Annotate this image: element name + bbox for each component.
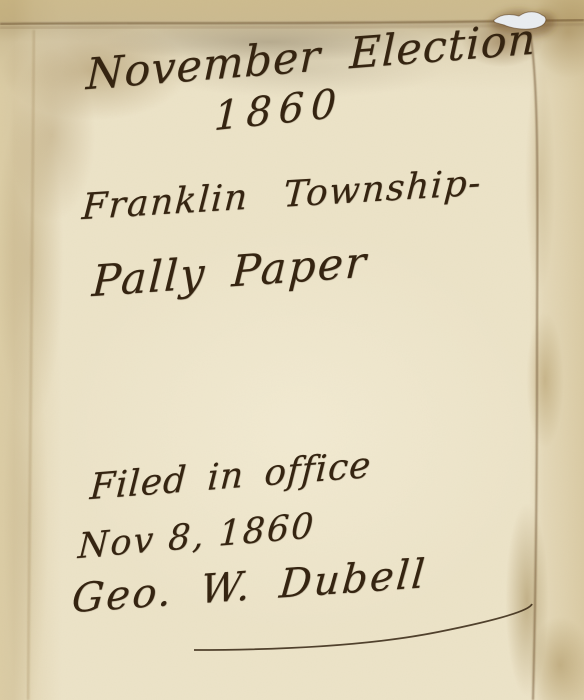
fold-crease-left (28, 30, 34, 700)
handwritten-line-filed-in-office: Filed in office (89, 445, 373, 508)
fold-crease-right (530, 32, 537, 700)
handwritten-line-year: 1860 (213, 80, 344, 140)
handwritten-line-franklin-township: Franklin Township- (81, 162, 483, 228)
handwritten-line-pally-paper: Pally Paper (91, 238, 369, 308)
document-scan: November Election 1860 Franklin Township… (0, 0, 584, 700)
handwritten-line-filed-date: Nov 8, 1860 (77, 506, 316, 567)
